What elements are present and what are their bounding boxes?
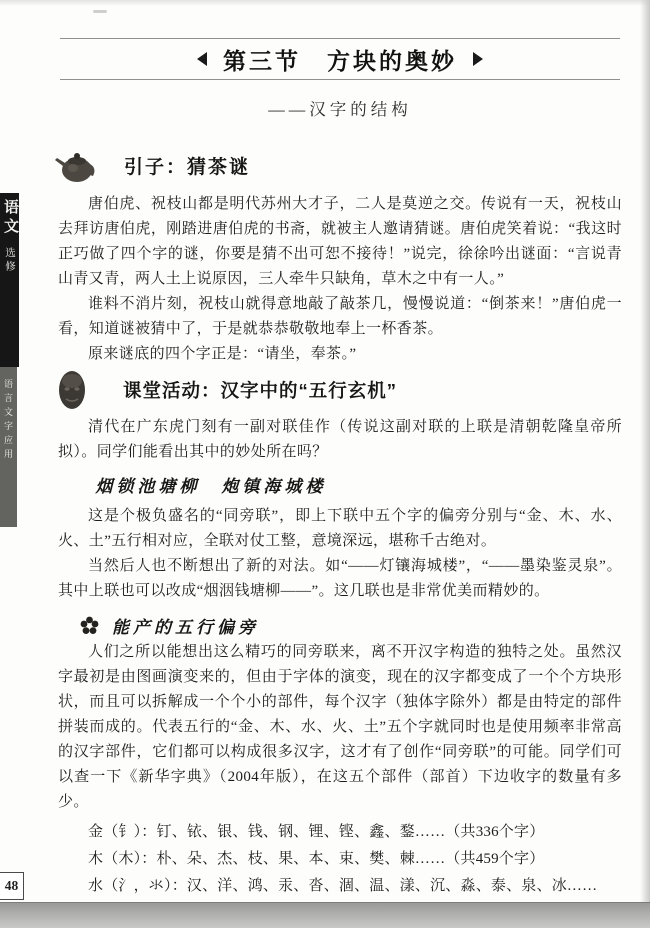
section-title: 第三节 方块的奥妙 [223,43,457,76]
page-content: 第三节 方块的奥妙 ——汉字的结构 引子：猜茶谜 唐伯虎、祝枝山都是明代苏州大才… [58,38,622,927]
activity-heading: 课堂活动：汉字中的“五行玄机” [123,377,397,403]
activity-lead-paragraph: 清代在广东虎门刻有一副对联佳作（传说这副对联的上联是清朝乾隆皇帝所拟）。同学们能… [58,415,622,465]
series-edition: 选修 [2,247,17,274]
scan-edge-bottom [0,902,650,928]
series-logo: 语文 选修 [0,193,19,367]
series-title: 语文 [0,199,19,237]
right-triangle-icon [473,52,483,66]
activity-heading-row: 课堂活动：汉字中的“五行玄机” [55,369,622,411]
mask-icon [55,369,89,411]
activity-paragraph: 当然后人也不断想出了新的对法。如“——灯镶海城楼”，“——墨染鉴灵泉”。其中上联… [58,554,622,604]
left-triangle-icon [197,52,207,66]
radicals-heading: 能产的五行偏旁 [112,613,259,638]
couplet-text: 烟锁池塘柳 炮镇海城楼 [58,472,622,497]
intro-heading: 引子：猜茶谜 [124,152,250,179]
radical-list-item-water: 水（氵，氺）：汉、洋、鸿、汞、沓、涸、温、漾、沉、淼、泰、泉、冰…… [58,873,622,900]
scan-edge-right [640,0,650,928]
scan-edge-top [0,0,650,6]
book-title-vertical: 语言文字应用 [2,379,15,463]
activity-paragraph: 这是个极负盛名的“同旁联”，即上下联中五个字的偏旁分别与“金、木、水、火、土”五… [58,504,622,554]
page-number: 48 [0,872,24,900]
radical-list-item-metal: 金（钅）：钉、铱、银、钱、钢、锂、铿、鑫、鍪……（共336个字） [58,819,622,846]
section-subtitle: ——汉字的结构 [58,96,622,120]
teapot-icon [52,142,98,188]
intro-paragraph: 原来谜底的四个字正是：“请坐，奉茶。” [58,342,622,367]
radical-list-item-wood: 木（木）：朴、朵、杰、枝、果、本、束、樊、棘……（共459个字） [58,846,622,873]
book-title-strip: 语言文字应用 [0,367,17,527]
scan-smudge [93,10,107,13]
title-rule-bottom [60,79,620,80]
radicals-heading-row: 能产的五行偏旁 [80,613,622,638]
radicals-paragraph: 人们之所以能想出这么精巧的同旁联来，离不开汉字构造的独特之处。虽然汉字最初是由图… [58,640,622,815]
intro-heading-row: 引子：猜茶谜 [52,142,622,188]
flower-icon [80,616,99,635]
intro-paragraph: 唐伯虎、祝枝山都是明代苏州大才子，二人是莫逆之交。传说有一天，祝枝山去拜访唐伯虎… [58,192,622,292]
textbook-page: 语文 选修 语言文字应用 48 第三节 方块的奥妙 ——汉字的结构 [0,0,650,928]
section-title-row: 第三节 方块的奥妙 [58,39,622,79]
intro-paragraph: 谁料不消片刻，祝枝山就得意地敲了敲茶几，慢慢说道：“倒茶来！”唐伯虎一看，知道谜… [58,292,622,342]
